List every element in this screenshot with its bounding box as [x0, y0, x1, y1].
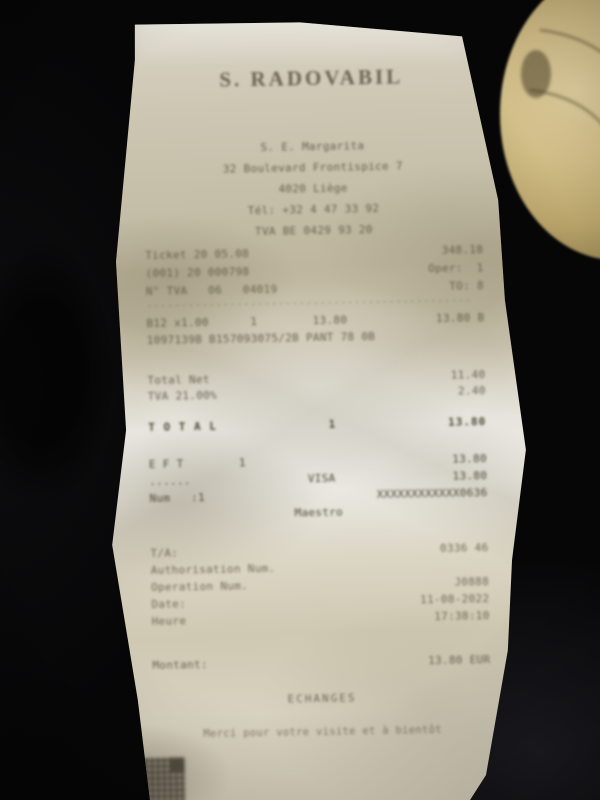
ticket-header-rows: Ticket 20 05.08 348.18 (001) 20 000798 O…	[145, 241, 484, 301]
ticket-row-value: 348.18	[442, 241, 484, 260]
grand-total-label: T O T A L	[148, 420, 217, 434]
receipt-paper: S. RADOVABIL S. E. Margarita 32 Boulevar…	[108, 20, 528, 800]
receipt-content: S. RADOVABIL S. E. Margarita 32 Boulevar…	[141, 17, 493, 800]
total-value: 2.40	[458, 383, 486, 399]
card-row-value: J0888	[454, 573, 489, 591]
store-address-line: TVA BE 0429 93 20	[145, 217, 483, 244]
card-row-value: 0336 46	[440, 539, 489, 557]
card-row-value: 17:38:10	[434, 607, 490, 625]
item-amount: 13.80 B	[436, 309, 485, 327]
montant-row: Montant: 13.80 EUR	[152, 653, 490, 672]
lamp-glow	[500, 0, 600, 260]
card-row-label: Heure	[152, 612, 187, 630]
card-row-value: 11-08-2022	[420, 590, 490, 608]
card-row-label: T/A:	[150, 544, 178, 561]
payment-label: Num :1	[149, 489, 205, 507]
ticket-row-label: Ticket 20 05.08	[145, 245, 249, 265]
hand-silhouette	[0, 238, 116, 508]
masked-card-number: XXXXXXXXXXXX0636	[377, 484, 488, 503]
total-label: Total Net	[147, 372, 210, 389]
card-row-label: Operation Num.	[151, 577, 248, 596]
footer-message: Merci pour votre visite et à bientôt	[154, 723, 492, 741]
grand-total-qty: 1	[329, 418, 337, 431]
payment-block: E F T 1 13.80 ...... VISA 13.80 Num :1 X…	[149, 450, 488, 524]
payment-label: E F T 1	[149, 454, 246, 473]
grand-total-row: T O T A L 1 13.80	[148, 415, 486, 434]
ticket-row-value: Oper: 1	[428, 259, 484, 278]
ticket-row-label: (001) 20 000798	[145, 263, 249, 283]
store-logo-text: S. RADOVABIL	[142, 63, 480, 94]
item-block: B12 x1.00 1 13.80 13.80 B 1097139B B1570…	[146, 309, 485, 349]
payment-label: ......	[149, 472, 191, 490]
store-address-block: S. E. Margarita 32 Boulevard Frontispice…	[143, 133, 483, 244]
totals-block: Total Net 11.40 TVA 21.00% 2.40	[147, 367, 486, 405]
montant-label: Montant:	[152, 658, 208, 672]
payment-value: 13.80	[452, 467, 487, 485]
lamp-weave-lines	[500, 0, 600, 260]
total-value: 11.40	[451, 367, 486, 384]
card-row-label: Authorisation Num.	[151, 560, 276, 579]
thanks-text: ECHANGES	[153, 689, 491, 708]
payment-value: 13.80	[452, 450, 487, 468]
total-label: TVA 21.00%	[148, 388, 218, 405]
grand-total-value: 13.80	[448, 415, 486, 429]
card-row-label: Date:	[151, 595, 186, 613]
montant-value: 13.80 EUR	[428, 653, 491, 667]
card-terminal-block: T/A: 0336 46 Authorisation Num. Operatio…	[150, 539, 489, 630]
